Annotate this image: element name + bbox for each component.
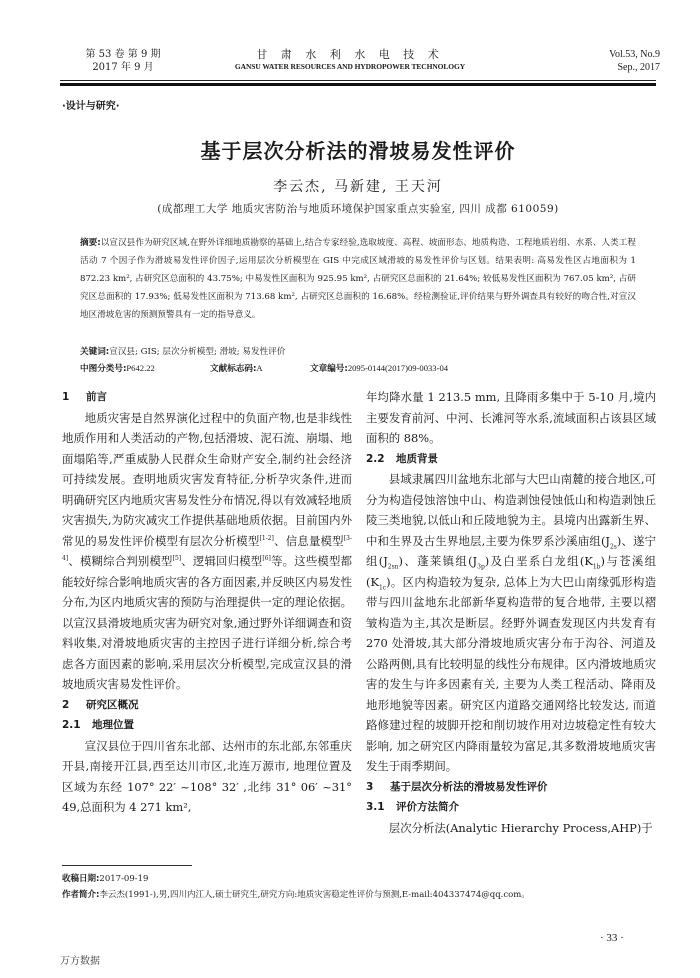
received-date: 收稿日期:2017-09-19 xyxy=(62,871,662,887)
journal-issue-en: Vol.53, No.9 Sep., 2017 xyxy=(560,48,660,74)
subscript: 2sn xyxy=(388,563,399,570)
section-2-2-title: 地质背景 xyxy=(396,453,438,465)
section-1-heading: 1前言 xyxy=(62,387,352,408)
section-3-1-heading: 3.1评价方法简介 xyxy=(366,797,656,818)
section-2-2-paragraph: 县域隶属四川盆地东北部与大巴山南麓的接合地区,可分为构造侵蚀溶蚀中山、构造剥蚀侵… xyxy=(366,469,656,777)
volume-cn: 第 53 卷 第 9 期 xyxy=(78,48,168,61)
clc-label: 中图分类号: xyxy=(80,364,126,374)
text-run: 、信息量模型 xyxy=(274,534,344,548)
text-run: )。区内构造较为复杂, 总体上为大巴山南缘弧形构造带与四川盆地东北部新华夏构造带… xyxy=(366,575,656,774)
received-value: 2017-09-19 xyxy=(99,874,148,884)
received-label: 收稿日期: xyxy=(62,874,99,884)
body-column-right: 年均降水量 1 213.5 mm, 且降雨多集中于 5-10 月,境内主要发育前… xyxy=(366,387,656,838)
abstract-label: 摘要: xyxy=(80,238,101,248)
header-rule-thin xyxy=(60,80,656,81)
text-run: 等。这些模型都能较好综合影响地质灾害的各方面因素,并反映区内易发性分布,为区内地… xyxy=(62,554,352,691)
citation[interactable]: [1-2] xyxy=(260,535,274,542)
citation[interactable]: [5] xyxy=(173,555,182,562)
section-3-1-paragraph: 层次分析法(Analytic Hierarchy Process,AHP)于 xyxy=(366,818,656,839)
keywords-label: 关键词: xyxy=(80,347,109,357)
text-run: 县域隶属四川盆地东北部与大巴山南麓的接合地区,可分为构造侵蚀溶蚀中山、构造剥蚀侵… xyxy=(366,472,656,548)
section-1-paragraph: 地质灾害是自然界演化过程中的负面产物,也是非线性地质作用和人类活动的产物,包括滑… xyxy=(62,408,352,695)
text-run: )、蓬莱镇组(J xyxy=(399,554,478,568)
date-en: Sep., 2017 xyxy=(560,61,660,74)
clc-value: P642.22 xyxy=(126,363,154,373)
section-2-heading: 2研究区概况 xyxy=(62,695,352,716)
article-authors: 李云杰, 马新建, 王天河 xyxy=(60,176,656,196)
doc-code-value: A xyxy=(256,363,262,373)
text-run: 地质灾害是自然界演化过程中的负面产物,也是非线性地质作用和人类活动的产物,包括滑… xyxy=(62,411,352,548)
section-3-1-title: 评价方法简介 xyxy=(396,801,459,813)
author-bio: 作者简介:李云杰(1991-),男,四川内江人,硕士研究生,研究方向:地质灾害稳… xyxy=(62,887,662,903)
journal-name: 甘 肃 水 利 水 电 技 术 GANSU WATER RESOURCES AN… xyxy=(190,48,510,73)
date-cn: 2017 年 9 月 xyxy=(78,61,168,74)
article-title: 基于层次分析法的滑坡易发性评价 xyxy=(60,135,656,164)
article-affiliation: (成都理工大学 地质灾害防治与地质环境保护国家重点实验室, 四川 成都 6100… xyxy=(60,201,656,216)
header-rule-thick xyxy=(60,83,656,86)
section-2-title: 研究区概况 xyxy=(86,699,139,711)
abstract: 摘要:以宣汉县作为研究区域,在野外详细地质勘察的基础上,结合专家经验,选取坡度、… xyxy=(80,234,636,324)
section-2-1-title: 地理位置 xyxy=(92,719,134,731)
abstract-text: 以宣汉县作为研究区域,在野外详细地质勘察的基础上,结合专家经验,选取坡度、高程、… xyxy=(80,238,636,320)
footnote-rule xyxy=(62,865,192,866)
keywords: 关键词:宣汉县; GIS; 层次分析模型; 滑坡; 易发性评价 xyxy=(80,345,636,359)
section-2-2-heading: 2.2地质背景 xyxy=(366,449,656,470)
body-column-left: 1前言 地质灾害是自然界演化过程中的负面产物,也是非线性地质作用和人类活动的产物… xyxy=(62,387,352,818)
text-run: )及白垩系白龙组(K xyxy=(485,554,593,568)
author-bio-label: 作者简介: xyxy=(62,890,99,900)
journal-name-cn: 甘 肃 水 利 水 电 技 术 xyxy=(190,48,510,61)
section-2-1-heading: 2.1地理位置 xyxy=(62,715,352,736)
section-3-1-number: 3.1 xyxy=(366,797,396,818)
subscript: 2s xyxy=(610,543,617,550)
section-2-2-number: 2.2 xyxy=(366,449,396,470)
subscript: 1b xyxy=(593,563,601,570)
keywords-text: 宣汉县; GIS; 层次分析模型; 滑坡; 易发性评价 xyxy=(109,347,285,357)
footnote: 收稿日期:2017-09-19 作者简介:李云杰(1991-),男,四川内江人,… xyxy=(62,871,662,903)
author-bio-value: 李云杰(1991-),男,四川内江人,硕士研究生,研究方向:地质灾害稳定性评价与… xyxy=(99,890,529,900)
watermark: 万方数据 xyxy=(60,952,100,967)
doc-code-label: 文献标志码: xyxy=(210,364,256,374)
journal-name-en: GANSU WATER RESOURCES AND HYDROPOWER TEC… xyxy=(190,61,510,73)
text-run: 、模糊综合判别模型 xyxy=(68,554,172,568)
section-2-1-paragraph: 宣汉县位于四川省东北部、达州市的东北部,东邻重庆开县,南接开江县,西至达川市区,… xyxy=(62,736,352,818)
citation[interactable]: [6] xyxy=(262,555,271,562)
text-run: 、逻辑回归模型 xyxy=(181,554,262,568)
page-number: · 33 · xyxy=(600,932,624,944)
section-tag: ·设计与研究· xyxy=(62,97,120,112)
section-3-heading: 3基于层次分析法的滑坡易发性评价 xyxy=(366,777,656,798)
section-2-1-number: 2.1 xyxy=(62,715,92,736)
section-3-title: 基于层次分析法的滑坡易发性评价 xyxy=(390,781,548,793)
section-1-title: 前言 xyxy=(86,391,107,403)
subscript: 3p xyxy=(477,563,485,570)
journal-issue-cn: 第 53 卷 第 9 期 2017 年 9 月 xyxy=(78,48,168,74)
article-no-value: 2095-0144(2017)09-0033-04 xyxy=(348,363,448,373)
section-3-number: 3 xyxy=(366,777,390,798)
section-1-number: 1 xyxy=(62,387,86,408)
classification-line: 中图分类号:P642.22文献标志码:A文章编号:2095-0144(2017)… xyxy=(80,361,636,376)
section-2-number: 2 xyxy=(62,695,86,716)
volume-en: Vol.53, No.9 xyxy=(560,48,660,61)
section-2-1-paragraph-cont: 年均降水量 1 213.5 mm, 且降雨多集中于 5-10 月,境内主要发育前… xyxy=(366,387,656,449)
article-no-label: 文章编号: xyxy=(310,364,348,374)
